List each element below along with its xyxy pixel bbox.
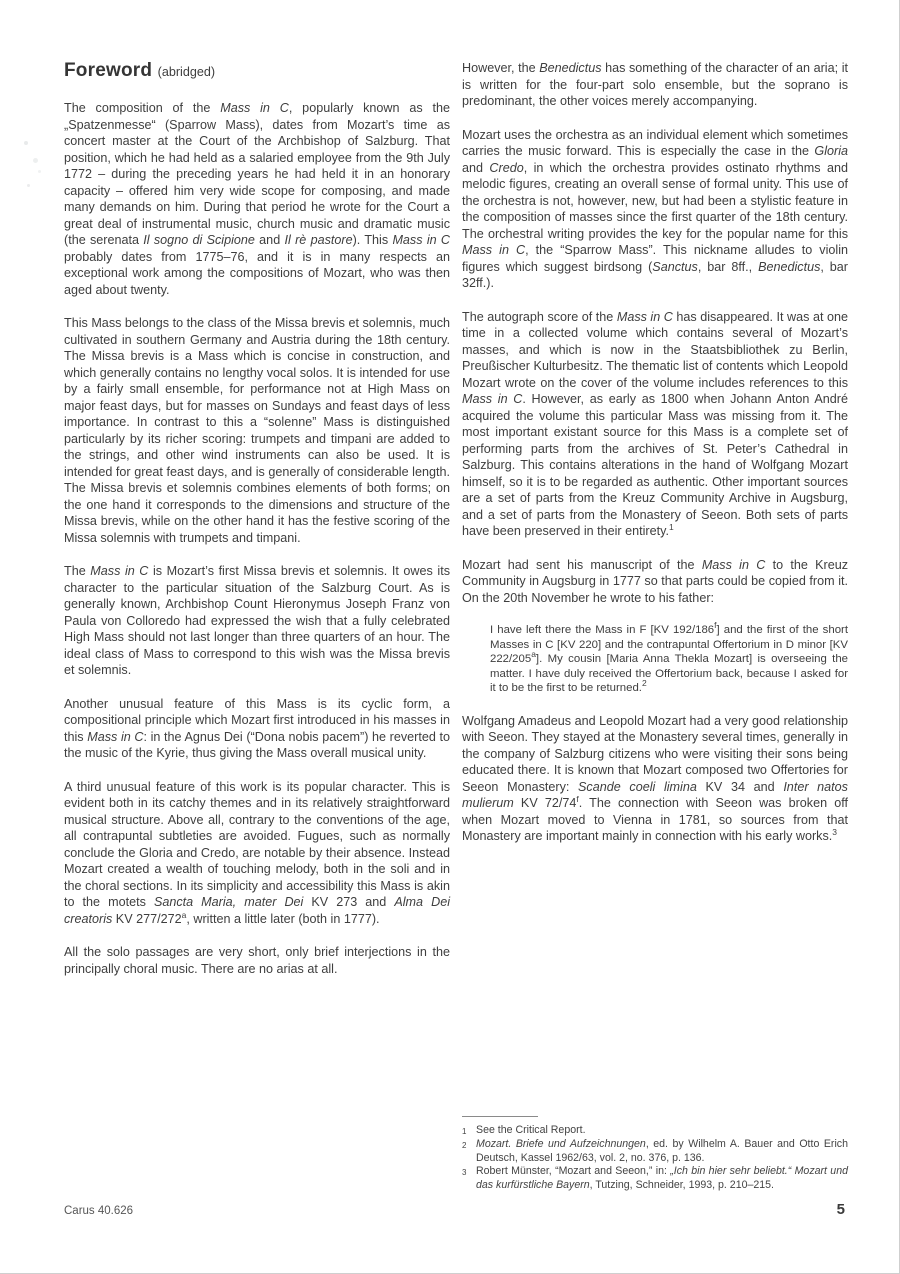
paragraph: Mozart uses the orchestra as an individu… xyxy=(462,127,848,292)
paragraph: The composition of the Mass in C, popula… xyxy=(64,100,450,298)
page-title-suffix: (abridged) xyxy=(158,65,215,79)
text-run: The autograph score of the xyxy=(462,310,617,324)
footnote: 2Mozart. Briefe und Aufzeichnungen, ed. … xyxy=(462,1138,848,1165)
footnote: 3Robert Münster, “Mozart and Seeon,” in:… xyxy=(462,1165,848,1192)
scan-artifact xyxy=(38,170,41,173)
footnote-text: See the Critical Report. xyxy=(476,1124,848,1138)
paragraph: Another unusual feature of this Mass is … xyxy=(64,696,450,762)
text-run: Benedictus xyxy=(758,260,820,274)
text-run: Sancta Maria, mater Dei xyxy=(154,895,303,909)
text-run: is Mozart’s first Missa brevis et solemn… xyxy=(64,564,450,677)
paragraph: The Mass in C is Mozart’s first Missa br… xyxy=(64,563,450,679)
text-run: Sanctus xyxy=(652,260,698,274)
footnote-text: Robert Münster, “Mozart and Seeon,” in: … xyxy=(476,1165,848,1192)
text-run: KV 72/74 xyxy=(514,796,577,810)
superscript: 3 xyxy=(832,827,837,837)
text-run: See the Critical Report. xyxy=(476,1124,586,1136)
paragraph: All the solo passages are very short, on… xyxy=(64,944,450,977)
text-run: KV 273 and xyxy=(303,895,394,909)
page-title-text: Foreword xyxy=(64,60,152,81)
footnote-number: 2 xyxy=(462,1138,476,1165)
text-run: Mass in C xyxy=(462,392,522,406)
block-quote: I have left there the Mass in F [KV 192/… xyxy=(462,623,848,696)
text-run: , bar 8ff., xyxy=(698,260,758,274)
text-run: , written a little later (both in 1777). xyxy=(186,912,379,926)
paragraph: A third unusual feature of this work is … xyxy=(64,779,450,928)
text-run: KV 277/272 xyxy=(112,912,181,926)
footnotes-section: 1See the Critical Report.2Mozart. Briefe… xyxy=(462,1116,848,1192)
paragraph: However, the Benedictus has something of… xyxy=(462,60,848,110)
right-column: However, the Benedictus has something of… xyxy=(462,60,848,1192)
text-run: The xyxy=(64,564,90,578)
text-run: probably dates from 1775–76, and it is i… xyxy=(64,250,450,297)
text-run: ]. My cousin [Maria Anna Thekla Mozart] … xyxy=(490,653,848,694)
text-run: Mass in C xyxy=(90,564,148,578)
footnote-number: 1 xyxy=(462,1124,476,1138)
text-run: I have left there the Mass in F [KV 192/… xyxy=(490,624,714,636)
text-run: Mozart had sent his manuscript of the xyxy=(462,558,702,572)
text-run: ). This xyxy=(353,233,393,247)
text-run: Benedictus xyxy=(539,61,601,75)
scan-artifact xyxy=(24,141,28,145)
paragraph: The autograph score of the Mass in C has… xyxy=(462,309,848,540)
text-run: Robert Münster, “Mozart and Seeon,” in: xyxy=(476,1165,670,1177)
document-page: Foreword (abridged) The composition of t… xyxy=(0,0,900,1274)
paragraph: This Mass belongs to the class of the Mi… xyxy=(64,315,450,546)
text-run: Mozart uses the orchestra as an individu… xyxy=(462,128,848,159)
text-run: Il rè pastore xyxy=(285,233,353,247)
text-run: , popularly known as the „Spatzenmesse“ … xyxy=(64,101,450,247)
text-run: Credo xyxy=(489,161,523,175)
text-run: Mass in C xyxy=(702,558,766,572)
text-run: This Mass belongs to the class of the Mi… xyxy=(64,316,450,545)
text-run: Mass in C xyxy=(392,233,450,247)
footnote-list: 1See the Critical Report.2Mozart. Briefe… xyxy=(462,1124,848,1192)
page-title: Foreword (abridged) xyxy=(64,60,450,82)
text-run: Mass in C xyxy=(220,101,289,115)
text-run: Gloria xyxy=(814,144,848,158)
text-run: The composition of the xyxy=(64,101,220,115)
paragraph: Wolfgang Amadeus and Leopold Mozart had … xyxy=(462,713,848,845)
superscript: 2 xyxy=(642,679,647,689)
left-column: Foreword (abridged) The composition of t… xyxy=(64,60,450,977)
catalog-number: Carus 40.626 xyxy=(64,1205,133,1217)
text-run: Mass in C xyxy=(617,310,673,324)
text-run: and xyxy=(255,233,285,247)
text-run: and xyxy=(462,161,489,175)
text-run: Mass in C xyxy=(87,730,143,744)
superscript: 1 xyxy=(669,522,674,532)
left-column-paragraphs: The composition of the Mass in C, popula… xyxy=(64,100,450,977)
text-run: , Tutzing, Schneider, 1993, p. 210–215. xyxy=(590,1179,774,1191)
text-run: Scande coeli limina xyxy=(578,780,697,794)
text-run: . However, as early as 1800 when Johann … xyxy=(462,392,848,538)
footnote: 1See the Critical Report. xyxy=(462,1124,848,1138)
right-column-blocks: However, the Benedictus has something of… xyxy=(462,60,848,845)
text-run: All the solo passages are very short, on… xyxy=(64,945,450,976)
text-run: Mass in C xyxy=(462,243,525,257)
footnote-separator xyxy=(462,1116,538,1117)
footnote-text: Mozart. Briefe und Aufzeichnungen, ed. b… xyxy=(476,1138,848,1165)
scan-artifact xyxy=(27,184,30,187)
page-number: 5 xyxy=(837,1201,845,1218)
text-run: However, the xyxy=(462,61,539,75)
text-run: A third unusual feature of this work is … xyxy=(64,780,450,910)
text-run: KV 34 and xyxy=(697,780,783,794)
scan-artifact xyxy=(33,158,38,163)
text-run: Il sogno di Scipione xyxy=(143,233,255,247)
paragraph: Mozart had sent his manuscript of the Ma… xyxy=(462,557,848,607)
footnote-number: 3 xyxy=(462,1165,476,1192)
text-run: Mozart. Briefe und Aufzeichnungen xyxy=(476,1138,646,1150)
